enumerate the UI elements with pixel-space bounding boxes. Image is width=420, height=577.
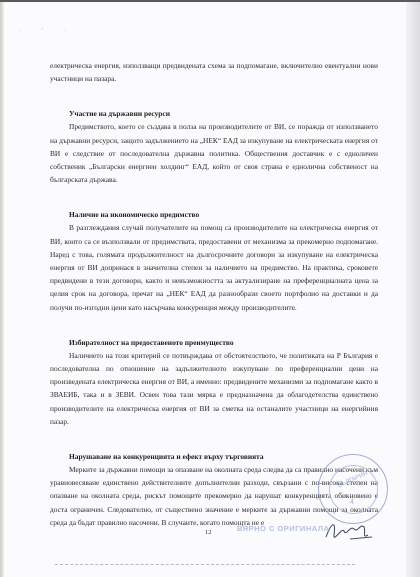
- section-heading-competition: Нарушаване на конкуренцията и ефект върх…: [50, 450, 378, 463]
- page-right-shadow: [406, 2, 420, 577]
- section-paragraph-selectivity: Наличието на този критерий се потвърждав…: [50, 349, 378, 428]
- scan-specks: · ' ·: [18, 28, 76, 34]
- document-body: електрическа енергия, използващи предвид…: [50, 59, 378, 529]
- intro-continuation: електрическа енергия, използващи предвид…: [50, 59, 378, 85]
- section-heading-economic-advantage: Наличие на икономическо предимство: [50, 208, 378, 221]
- page-number: 12: [205, 529, 212, 536]
- section-paragraph-economic-advantage: В разглеждания случай получателите на по…: [50, 221, 378, 313]
- official-stamp: БЪЛГАРИЯ 4: [318, 454, 388, 524]
- section-heading-selectivity: Избирателност на предоставеното преимуще…: [50, 336, 378, 349]
- signature-icon: [322, 517, 382, 545]
- stamp-text: БЪЛГАРИЯ: [337, 471, 368, 490]
- section-heading-state-resources: Участие на държавни ресурси: [50, 107, 378, 120]
- scanned-page: · ' · електрическа енергия, използващи п…: [0, 0, 420, 577]
- section-paragraph-state-resources: Предимството, което се създава в полза н…: [50, 120, 378, 186]
- scan-bottom-line: [55, 564, 355, 565]
- page-left-edge: [0, 2, 4, 577]
- certified-copy-mark: ВЯРНО С ОРИГИНАЛА: [237, 524, 329, 533]
- stamp-number: 4: [350, 499, 354, 506]
